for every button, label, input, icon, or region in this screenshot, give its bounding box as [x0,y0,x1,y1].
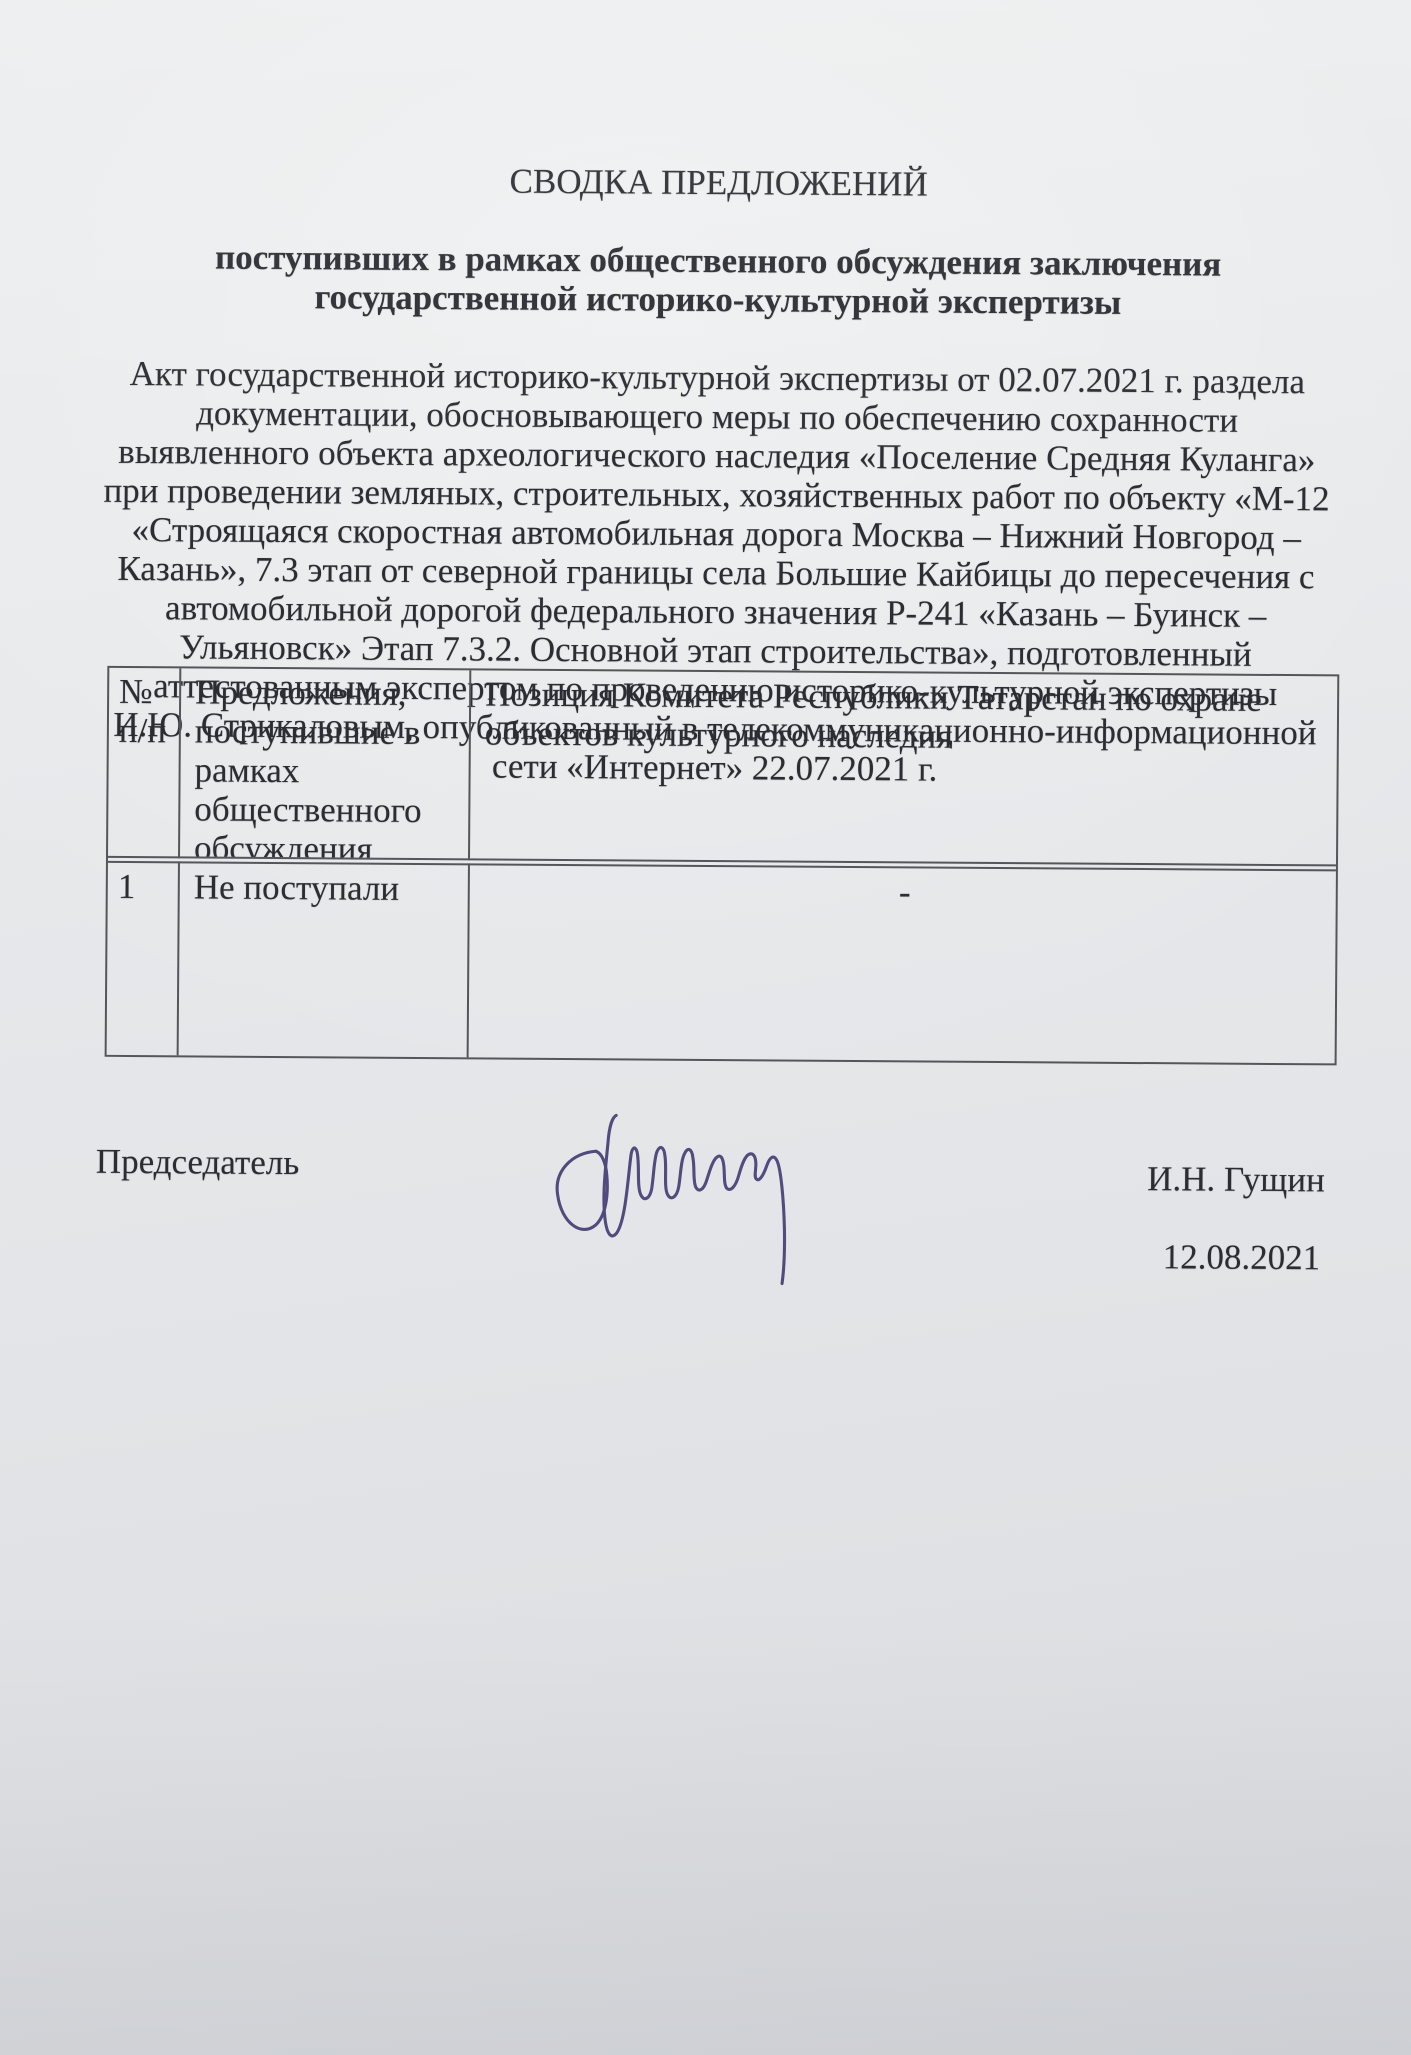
scanned-document-photo: СВОДКА ПРЕДЛОЖЕНИЙ поступивших в рамках … [0,0,1411,2055]
table-row-num: 1 [107,861,180,1055]
signature-ink-strokes [537,1087,919,1320]
document-subtitle: поступивших в рамках общественного обсуж… [88,237,1349,324]
handwritten-signature [537,1087,919,1320]
document-title: СВОДКА ПРЕДЛОЖЕНИЙ [89,159,1349,207]
table-header-num: № п/п [108,668,181,858]
signoff-role: Председатель [96,1142,300,1182]
table-row-position: - [469,863,1336,1063]
proposals-table: № п/п Предложения, поступившие в рамках … [105,666,1340,1066]
table-header-proposals: Предложения, поступившие в рамках общест… [180,668,471,860]
table-header-position: Позиция Комитета Республики Татарстан по… [470,670,1337,866]
signoff-name: И.Н. Гущин [1147,1159,1325,1199]
signoff-date: 12.08.2021 [1163,1237,1321,1277]
table-row-proposals: Не поступали [179,861,470,1057]
document-page: СВОДКА ПРЕДЛОЖЕНИЙ поступивших в рамках … [0,0,1411,2055]
